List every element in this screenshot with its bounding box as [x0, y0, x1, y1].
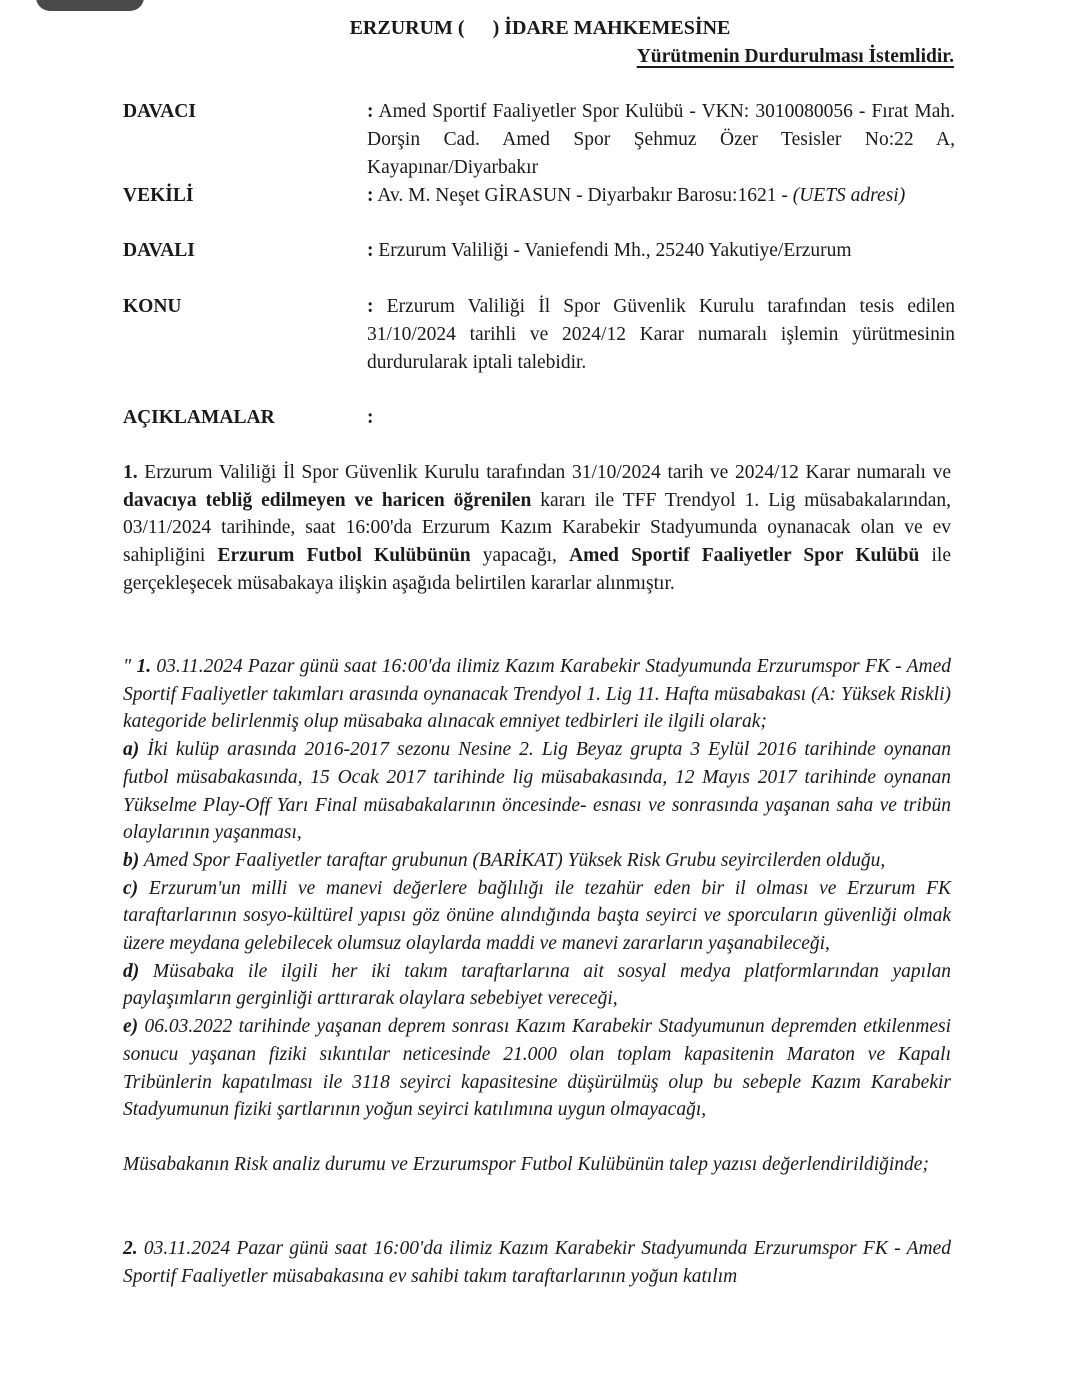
evaluation-note: Müsabakanın Risk analiz durumu ve Erzuru… — [123, 1151, 951, 1179]
party-label: DAVACI — [123, 98, 196, 126]
request-note: Yürütmenin Durdurulması İstemlidir. — [637, 46, 954, 68]
party-label: KONU — [123, 293, 182, 321]
party-label: VEKİLİ — [123, 182, 193, 210]
party-value: : Av. M. Neşet GİRASUN - Diyarbakır Baro… — [367, 182, 955, 210]
court-title-right: ) İDARE MAHKEMESİNE — [493, 17, 731, 39]
party-value: : Amed Sportif Faaliyetler Spor Kulübü -… — [367, 98, 955, 182]
party-label: DAVALI — [123, 237, 195, 265]
court-title: ERZURUM () İDARE MAHKEMESİNE — [0, 17, 1080, 40]
section-1: 1. Erzurum Valiliği İl Spor Güvenlik Kur… — [123, 459, 951, 598]
page-tab-handle — [36, 0, 144, 11]
party-value: : Erzurum Valiliği İl Spor Güvenlik Kuru… — [367, 293, 955, 377]
party-label: AÇIKLAMALAR — [123, 404, 275, 432]
party-value: : — [367, 404, 955, 432]
quoted-decision-1: " 1. 03.11.2024 Pazar günü saat 16:00'da… — [123, 653, 951, 1124]
party-value: : Erzurum Valiliği - Vaniefendi Mh., 252… — [367, 237, 955, 265]
quoted-decision-2: 2. 03.11.2024 Pazar günü saat 16:00'da i… — [123, 1235, 951, 1290]
court-title-left: ERZURUM ( — [350, 17, 465, 39]
